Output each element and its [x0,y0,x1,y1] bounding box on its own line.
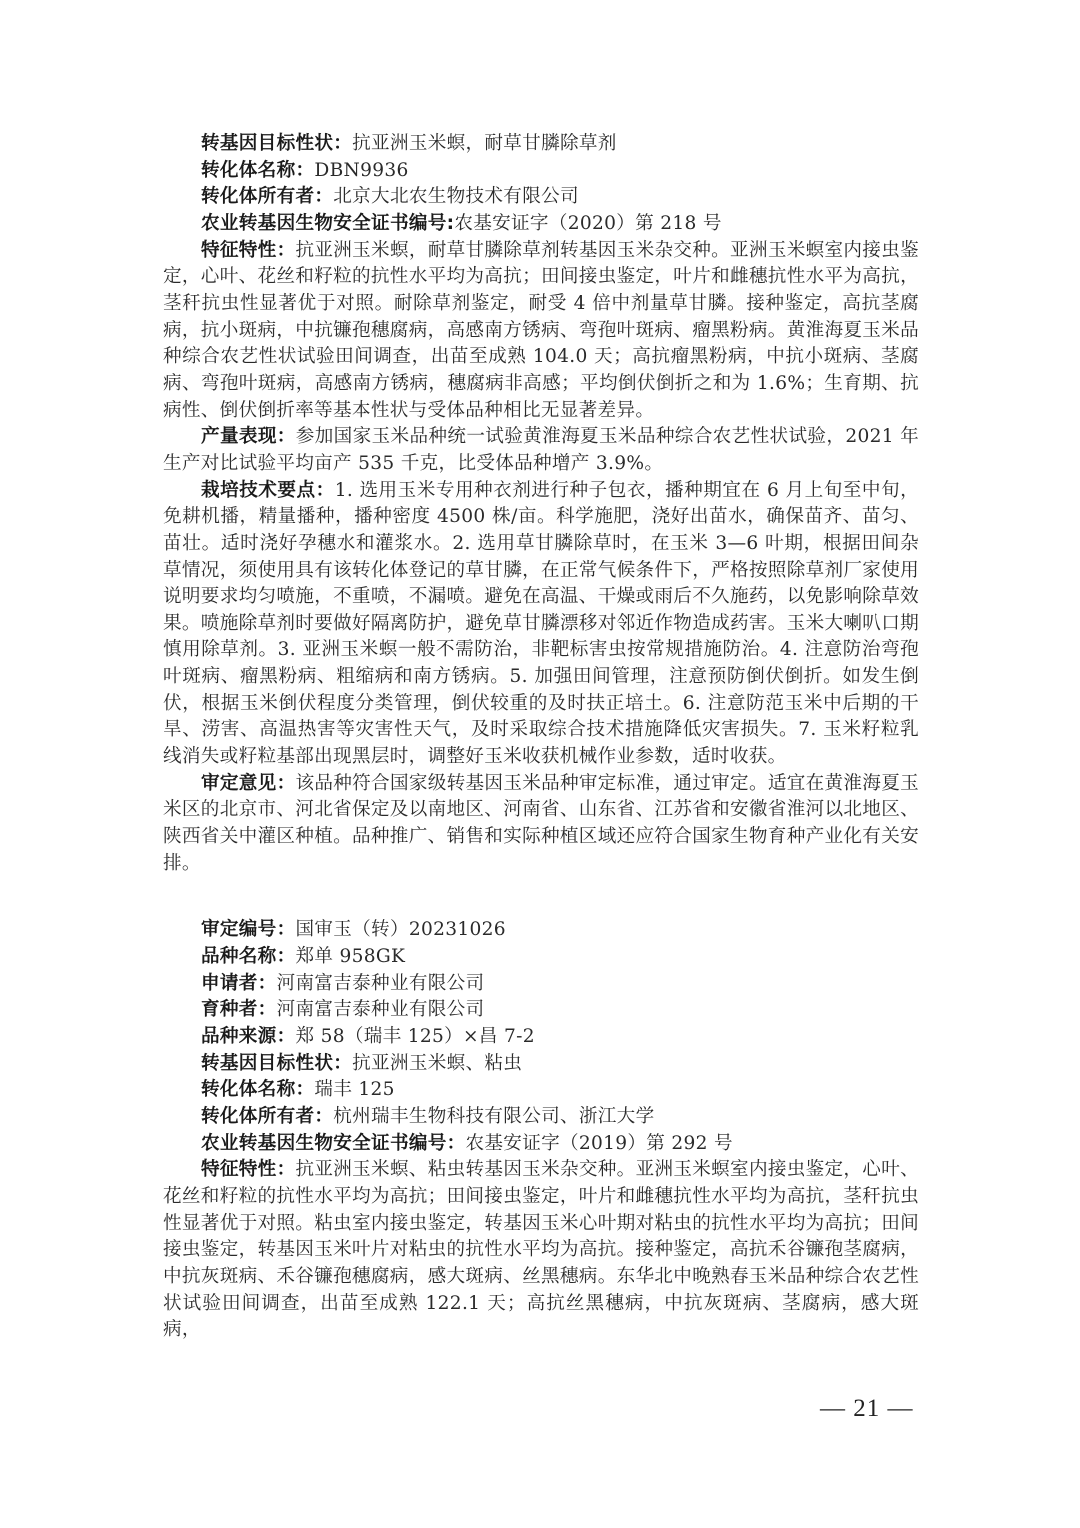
field-target-trait: 转基因目标性状：抗亚洲玉米螟，耐草甘膦除草剂 [163,131,919,158]
field-event-owner: 转化体所有者：北京大北农生物技术有限公司 [163,184,919,211]
paragraph-cultivation: 栽培技术要点：1. 选用玉米专用种衣剂进行种子包衣，播种期宜在 6 月上旬至中旬… [163,478,919,771]
field-variety-name: 品种名称：郑单 958GK [163,944,919,971]
section-zhengdan-958gk: 审定编号：国审玉（转）20231026 品种名称：郑单 958GK 申请者：河南… [163,917,919,1344]
paragraph-characteristics: 特征特性：抗亚洲玉米螟，耐草甘膦除草剂转基因玉米杂交种。亚洲玉米螟室内接虫鉴定，… [163,238,919,425]
field-target-trait: 转基因目标性状：抗亚洲玉米螟、粘虫 [163,1051,919,1078]
section-spacer [163,877,919,917]
field-breeder: 育种者：河南富吉泰种业有限公司 [163,997,919,1024]
section-dbn9936: 转基因目标性状：抗亚洲玉米螟，耐草甘膦除草剂 转化体名称：DBN9936 转化体… [163,131,919,877]
field-variety-source: 品种来源：郑 58（瑞丰 125）×昌 7-2 [163,1024,919,1051]
field-safety-certificate: 农业转基因生物安全证书编号：农基安证字（2019）第 292 号 [163,1131,919,1158]
paragraph-characteristics: 特征特性：抗亚洲玉米螟、粘虫转基因玉米杂交种。亚洲玉米螟室内接虫鉴定，心叶、花丝… [163,1157,919,1344]
paragraph-yield: 产量表现：参加国家玉米品种统一试验黄淮海夏玉米品种综合农艺性状试验，2021 年… [163,424,919,477]
field-safety-certificate: 农业转基因生物安全证书编号:农基安证字（2020）第 218 号 [163,211,919,238]
field-event-name: 转化体名称：DBN9936 [163,158,919,185]
field-approval-number: 审定编号：国审玉（转）20231026 [163,917,919,944]
document-page: 转基因目标性状：抗亚洲玉米螟，耐草甘膦除草剂 转化体名称：DBN9936 转化体… [163,131,919,1344]
field-event-owner: 转化体所有者：杭州瑞丰生物科技有限公司、浙江大学 [163,1104,919,1131]
page-number: — 21 — [820,1395,914,1423]
field-applicant: 申请者：河南富吉泰种业有限公司 [163,971,919,998]
field-event-name: 转化体名称：瑞丰 125 [163,1077,919,1104]
paragraph-approval-opinion: 审定意见：该品种符合国家级转基因玉米品种审定标准，通过审定。适宜在黄淮海夏玉米区… [163,771,919,878]
